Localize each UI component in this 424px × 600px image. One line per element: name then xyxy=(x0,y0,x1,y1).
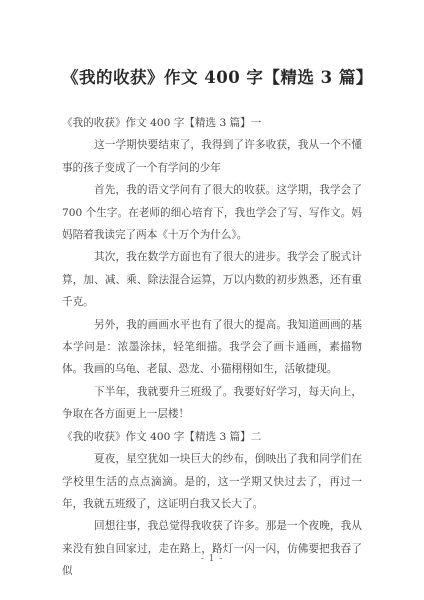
paragraph: 这一学期快要结束了，我得到了许多收获，我从一个不懂事的孩子变成了一个有学问的少年 xyxy=(62,134,362,179)
section-1-heading: 《我的收获》作文 400 字【精选 3 篇】一 xyxy=(62,112,362,134)
paragraph: 首先，我的语文学问有了很大的收获。这学期，我学会了 700 个生字。在老师的细心… xyxy=(62,179,362,246)
paragraph: 回想往事，我总觉得我收获了许多。那是一个夜晚，我从来没有独自回家过，走在路上，路… xyxy=(62,515,362,582)
paragraph: 另外，我的画画水平也有了很大的提高。我知道画画的基本学问是：浓墨涂抹，轻笔细描。… xyxy=(62,314,362,381)
page-number: - 1 - xyxy=(0,552,424,566)
paragraph: 其次，我在数学方面也有了很大的进步。我学会了脱式计算，加、减、乘、除法混合运算，… xyxy=(62,246,362,313)
section-2-heading: 《我的收获》作文 400 字【精选 3 篇】二 xyxy=(62,426,362,448)
paragraph: 夏夜，星空犹如一块巨大的纱布，倒映出了我和同学们在学校里生活的点点滴滴。是的，这… xyxy=(62,448,362,515)
document-page: 《我的收获》作文 400 字【精选 3 篇】 《我的收获》作文 400 字【精选… xyxy=(0,0,424,600)
paragraph: 下半年，我就要升三班级了。我要好好学习，每天向上，争取在各方面更上一层楼！ xyxy=(62,381,362,426)
page-title: 《我的收获》作文 400 字【精选 3 篇】 xyxy=(62,66,362,90)
